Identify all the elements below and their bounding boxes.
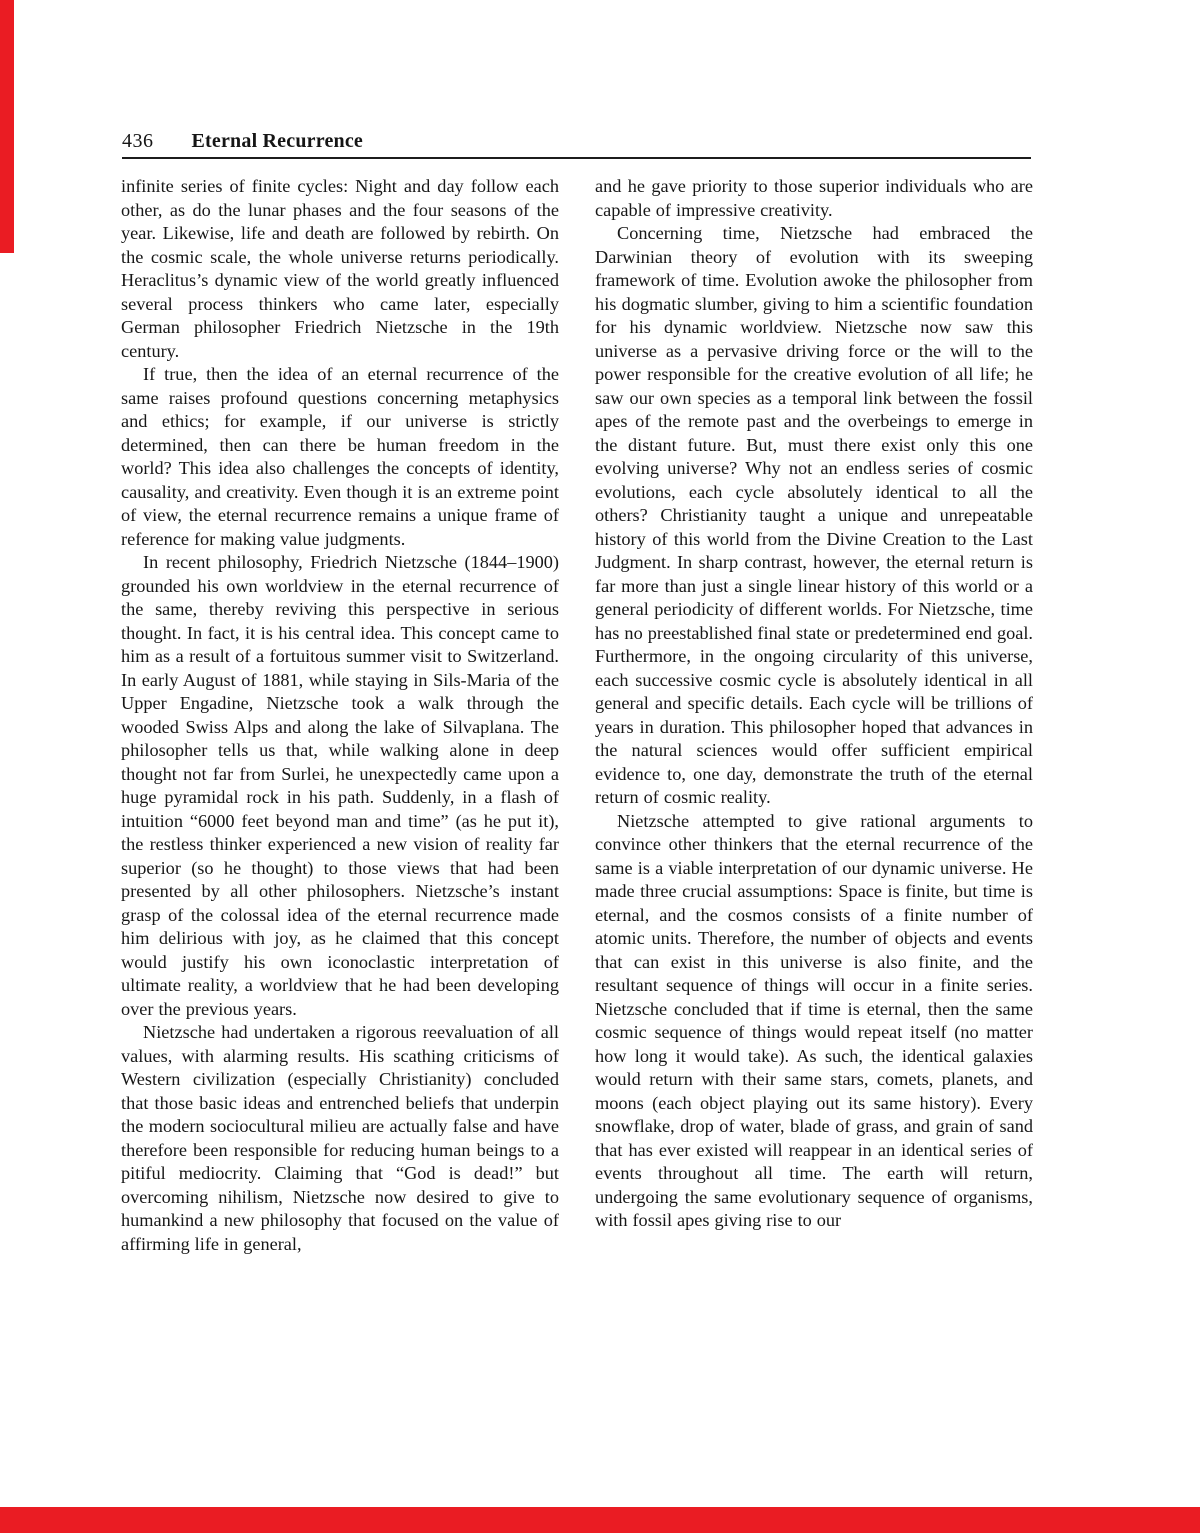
paragraph: Concerning time, Nietzsche had embraced … (595, 222, 1033, 810)
text-column-left: infinite series of finite cycles: Night … (121, 175, 559, 1256)
paragraph: infinite series of finite cycles: Night … (121, 175, 559, 363)
paragraph: If true, then the idea of an eternal rec… (121, 363, 559, 551)
text-column-right: and he gave priority to those superior i… (595, 175, 1033, 1256)
paragraph: Nietzsche attempted to give rational arg… (595, 810, 1033, 1233)
page-edge-accent-bottom (0, 1507, 1200, 1533)
text-body: infinite series of finite cycles: Night … (121, 175, 1033, 1256)
running-head-title: Eternal Recurrence (192, 131, 364, 151)
paragraph: and he gave priority to those superior i… (595, 175, 1033, 222)
header-rule (122, 157, 1031, 159)
page-number: 436 (122, 131, 154, 151)
paragraph: Nietzsche had undertaken a rigorous reev… (121, 1021, 559, 1256)
paragraph: In recent philosophy, Friedrich Nietzsch… (121, 551, 559, 1021)
book-page: 436 Eternal Recurrence infinite series o… (0, 0, 1200, 1533)
running-head: 436 Eternal Recurrence (122, 131, 1032, 151)
page-edge-accent-left (0, 0, 14, 253)
